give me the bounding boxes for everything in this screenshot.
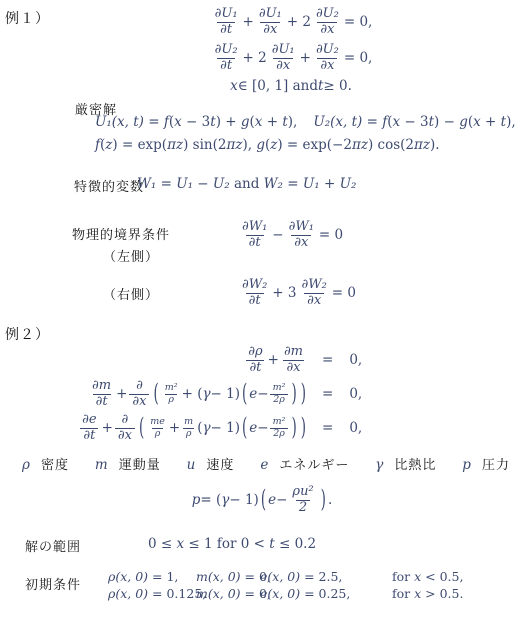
equals-sign: = (322, 420, 333, 436)
math-operator: > 0.5. (421, 586, 463, 601)
math-variable: p (192, 492, 201, 508)
math-variable: γ (202, 420, 210, 436)
big-paren: ) (301, 380, 306, 409)
fraction: ∂W₂∂x (299, 278, 330, 308)
fraction: m²2ρ (270, 417, 289, 439)
numerator: ∂U₁ (256, 7, 285, 22)
big-paren: ) (301, 414, 306, 443)
fraction: ∂U₂∂x (313, 43, 342, 73)
numerator: ∂W₂ (299, 278, 330, 293)
example2-label: 例２） (5, 324, 50, 344)
fraction: ∂U₂∂t (212, 43, 241, 73)
legend-symbol: ρ (22, 457, 30, 473)
math-operator: ), (506, 114, 516, 130)
denominator: ∂t (93, 394, 111, 410)
math-variable: x (176, 536, 184, 552)
math-operator: − 1) (229, 492, 258, 508)
math-variable: U₁(x, t) (95, 114, 144, 130)
math-operator: . (328, 492, 332, 508)
math-operator: ≤ 0.2 (275, 536, 316, 552)
math-operator: − 3 (182, 114, 210, 130)
math-operator: ), (288, 114, 298, 130)
numerator: ∂U₂ (313, 43, 342, 58)
fraction: ∂W₁∂x (286, 220, 317, 250)
big-paren: ( (261, 486, 266, 515)
math-operator: ), (242, 137, 256, 153)
big-paren: ( (153, 380, 158, 409)
math-operator: ∈ [0, 1] and (238, 78, 318, 94)
math-operator: − (257, 420, 268, 436)
fraction: ∂e∂t (79, 413, 99, 443)
legend-name: 運動量 (119, 454, 161, 473)
denominator: ∂t (80, 428, 98, 444)
math-operator: = (144, 114, 164, 130)
document-page: 例１） ∂U₁∂t + ∂U₁∂x + 2∂U₂∂x = 0, ∂U₂∂t + … (0, 0, 524, 619)
math-variable: e (268, 492, 276, 508)
legend-symbol: γ (375, 457, 383, 473)
numerator: ∂ (119, 413, 132, 428)
legend-name: 速度 (206, 454, 234, 473)
math-operator: ≥ 0. (323, 78, 351, 94)
ic-rho-cell: ρ(x, 0) = 0.125, (108, 586, 196, 601)
legend-symbol: p (462, 457, 471, 473)
math-operator: ≤ 1 for 0 < (184, 536, 269, 552)
denominator: ∂t (246, 360, 264, 376)
denominator: 2ρ (270, 428, 288, 439)
denominator: ∂x (317, 58, 337, 74)
math-operator: + (320, 176, 340, 192)
left-boundary-equation: ∂W₁∂t − ∂W₁∂x = 0 (237, 218, 343, 252)
denominator: ρ (183, 428, 195, 439)
math-variable: g (459, 114, 468, 130)
math-operator: ) cos(2 (368, 137, 414, 153)
equation-rhs: 0, (349, 420, 362, 436)
fraction: ∂W₂∂t (239, 278, 270, 308)
fraction: ∂U₁∂t (212, 7, 241, 37)
math-operator: = 2.5, (300, 569, 342, 584)
big-paren: ) (321, 486, 326, 515)
equation-lhs: ∂e∂t + ∂∂x(meρ + mρ(γ − 1)(e − m²2ρ)) (62, 413, 308, 443)
equation-lhs: ∂ρ∂t + ∂m∂x (62, 345, 308, 375)
fraction: ∂∂x (129, 379, 149, 409)
fraction: m²ρ (162, 383, 181, 405)
math-operator: ) sin(2 (183, 137, 226, 153)
math-variable: x (230, 78, 238, 94)
math-variable: U₂ (213, 176, 230, 192)
math-operator: − 3 (400, 114, 428, 130)
numerator: ρu² (289, 485, 316, 500)
math-operator: + 2 (287, 14, 311, 30)
legend-symbol: u (187, 457, 196, 473)
math-variable: ρ(x, 0) (108, 569, 148, 584)
math-operator: + (268, 352, 279, 368)
numerator: ∂ρ (245, 345, 265, 360)
legend-name: 圧力 (482, 454, 510, 473)
denominator: 2 (296, 500, 310, 516)
math-operator: ). (430, 137, 440, 153)
numerator: ∂e (79, 413, 99, 428)
math-variable: e(x, 0) (260, 586, 300, 601)
equals-sign: = (322, 352, 333, 368)
math-operator: = ( (200, 492, 221, 508)
pressure-equation: p = (γ − 1)(e − ρu²2). (112, 483, 412, 517)
solution-range-equation: 0 ≤ x ≤ 1 for 0 < t ≤ 0.2 (148, 536, 316, 552)
math-operator: + (116, 386, 127, 402)
math-operator: + ( (182, 386, 203, 402)
big-paren: ( (242, 380, 247, 409)
math-variable: πz (167, 137, 183, 153)
numerator: ∂U₁ (269, 43, 298, 58)
ic-cond-cell: for x < 0.5, (364, 569, 463, 584)
math-variable: W₂ (264, 176, 283, 192)
equation-rhs: 0, (349, 352, 362, 368)
denominator: ∂x (260, 22, 280, 38)
math-operator: < 0.5, (421, 569, 463, 584)
numerator: ∂U₂ (313, 7, 342, 22)
math-variable: e(x, 0) (260, 569, 300, 584)
solution-range-label: 解の範囲 (25, 536, 81, 555)
math-operator: + (481, 114, 501, 130)
fraction: m²2ρ (270, 383, 289, 405)
math-variable: e (249, 386, 257, 402)
fraction: ∂U₁∂x (256, 7, 285, 37)
denominator: ∂x (129, 394, 149, 410)
big-paren: ( (139, 414, 144, 443)
denominator: ∂x (317, 22, 337, 38)
equation-rhs: 0, (349, 386, 362, 402)
math-variable: e (249, 420, 257, 436)
example1-label: 例１） (5, 8, 50, 28)
initial-conditions-table: ρ(x, 0) = 1, m(x, 0) = 0, e(x, 0) = 2.5,… (108, 569, 463, 601)
characteristic-variables-label: 特徴的変数 (74, 176, 144, 195)
equals-sign: = (322, 386, 333, 402)
math-operator: − (276, 492, 287, 508)
math-operator: = 0, (344, 14, 372, 30)
numerator: ∂U₂ (212, 43, 241, 58)
math-operator: ) + (216, 114, 241, 130)
math-operator: = (362, 114, 382, 130)
legend-item: γ 比熱比 (375, 454, 436, 473)
ic-m-cell: m(x, 0) = 0, (196, 569, 260, 584)
math-operator: + (262, 114, 282, 130)
math-operator: ) − (434, 114, 459, 130)
math-operator: + (300, 50, 311, 66)
math-operator: − 1) (211, 420, 240, 436)
equation-lhs: ∂m∂t + ∂∂x(m²ρ + (γ − 1)(e − m²2ρ)) (62, 379, 308, 409)
math-variable: πz (414, 137, 430, 153)
numerator: m² (270, 417, 289, 427)
ic-cond-cell: for x > 0.5. (364, 586, 463, 601)
ic-m-cell: m(x, 0) = 0, (196, 586, 260, 601)
denominator: ρ (152, 428, 164, 439)
legend-symbol: m (95, 457, 108, 473)
math-variable: U₁ (303, 176, 320, 192)
math-operator: − (272, 227, 283, 243)
legend-name: 比熱比 (394, 454, 436, 473)
ic-e-cell: e(x, 0) = 0.25, (260, 586, 364, 601)
math-operator: − 1) (211, 386, 240, 402)
math-variable: U₁ (176, 176, 193, 192)
exact-solution-line1: U₁(x, t) = f(x − 3t) + g(x + t),U₂(x, t)… (95, 114, 516, 130)
math-variable: U₂ (340, 176, 357, 192)
denominator: ∂x (115, 428, 135, 444)
fraction: meρ (147, 417, 168, 439)
math-operator: = 0.25, (300, 586, 350, 601)
numerator: ∂m (281, 345, 306, 360)
math-operator: = 0 (332, 285, 356, 301)
right-boundary-equation: ∂W₂∂t + 3∂W₂∂x = 0 (237, 276, 356, 310)
variable-legend: ρ 密度 m 運動量 u 速度 e エネルギー γ 比熱比 p 圧力 (22, 454, 510, 473)
legend-symbol: e (260, 457, 268, 473)
math-operator: − (193, 176, 213, 192)
denominator: ∂x (273, 58, 293, 74)
denominator: ∂x (291, 235, 311, 251)
right-side-label: （右側） (103, 284, 159, 303)
fraction: ∂U₂∂x (313, 7, 342, 37)
math-variable: x (174, 114, 182, 130)
math-operator: = (283, 176, 303, 192)
numerator: ∂ (133, 379, 146, 394)
fraction: ∂W₁∂t (239, 220, 270, 250)
numerator: ∂m (89, 379, 114, 394)
example2-equation-row: ∂m∂t + ∂∂x(m²ρ + (γ − 1)(e − m²2ρ)) = 0, (62, 376, 362, 412)
math-operator: = 0, (344, 50, 372, 66)
math-variable: x (473, 114, 481, 130)
math-operator: = 0 (319, 227, 343, 243)
math-operator: + (102, 420, 113, 436)
math-operator: and (230, 176, 264, 192)
fraction: ∂m∂x (281, 345, 306, 375)
denominator: ∂t (246, 293, 264, 309)
denominator: ∂t (246, 235, 264, 251)
example1-domain: x ∈ [0, 1] and t ≥ 0. (149, 76, 433, 96)
ic-e-cell: e(x, 0) = 2.5, (260, 569, 364, 584)
legend-name: エネルギー (279, 454, 349, 473)
numerator: m² (162, 383, 181, 393)
legend-name: 密度 (41, 454, 69, 473)
math-operator: for (392, 586, 414, 601)
numerator: ∂U₁ (212, 7, 241, 22)
math-variable: U₂(x, t) (313, 114, 362, 130)
legend-item: m 運動量 (95, 454, 161, 473)
left-side-label: （左側） (103, 246, 159, 265)
ic-rho-cell: ρ(x, 0) = 1, (108, 569, 196, 584)
math-variable: m(x, 0) (196, 569, 241, 584)
initial-conditions-label: 初期条件 (25, 574, 81, 593)
math-variable: x (392, 114, 400, 130)
numerator: m (181, 417, 196, 427)
fraction: ∂∂x (115, 413, 135, 443)
legend-item: u 速度 (187, 454, 235, 473)
example2-equation-row: ∂ρ∂t + ∂m∂x = 0, (62, 342, 362, 378)
legend-item: ρ 密度 (22, 454, 69, 473)
denominator: ∂x (304, 293, 324, 309)
legend-item: e エネルギー (260, 454, 349, 473)
fraction: ∂m∂t (89, 379, 114, 409)
numerator: me (147, 417, 168, 427)
math-variable: W₁ (137, 176, 156, 192)
math-variable: πz (352, 137, 368, 153)
example1-equation-1: ∂U₁∂t + ∂U₁∂x + 2∂U₂∂x = 0, (149, 5, 433, 39)
numerator: m² (270, 383, 289, 393)
boundary-condition-label: 物理的境界条件 (72, 224, 170, 243)
math-operator: + (169, 420, 180, 436)
big-paren: ) (291, 380, 296, 409)
math-operator: + (243, 14, 254, 30)
math-variable: γ (202, 386, 210, 402)
fraction: ρu²2 (289, 485, 316, 515)
math-operator: − (257, 386, 268, 402)
math-operator: 0 ≤ (148, 536, 176, 552)
exact-solution-line2: f(z) = exp(πz) sin(2πz), g(z) = exp(−2πz… (95, 137, 440, 153)
legend-item: p 圧力 (462, 454, 510, 473)
fraction: ∂U₁∂x (269, 43, 298, 73)
math-variable: g (256, 137, 265, 153)
denominator: ∂t (217, 22, 235, 38)
denominator: ρ (165, 394, 177, 405)
math-operator: + 3 (272, 285, 296, 301)
math-operator: + 2 (243, 50, 267, 66)
math-operator: = (156, 176, 176, 192)
numerator: ∂W₁ (239, 220, 270, 235)
numerator: ∂W₂ (239, 278, 270, 293)
characteristic-variables-equation: W₁ = U₁ − U₂ and W₂ = U₁ + U₂ (137, 176, 356, 192)
numerator: ∂W₁ (286, 220, 317, 235)
denominator: ∂x (283, 360, 303, 376)
math-variable: πz (226, 137, 242, 153)
math-variable: m(x, 0) (196, 586, 241, 601)
big-paren: ) (291, 414, 296, 443)
math-operator: ) = exp( (112, 137, 167, 153)
math-variable: ρ(x, 0) (108, 586, 148, 601)
fraction: mρ (181, 417, 196, 439)
example2-equation-row: ∂e∂t + ∂∂x(meρ + mρ(γ − 1)(e − m²2ρ)) = … (62, 410, 362, 446)
math-operator: = 1, (148, 569, 178, 584)
fraction: ∂ρ∂t (245, 345, 265, 375)
math-variable: g (241, 114, 250, 130)
example1-equation-2: ∂U₂∂t + 2∂U₁∂x + ∂U₂∂x = 0, (149, 41, 433, 75)
math-operator: ) = exp(−2 (277, 137, 352, 153)
denominator: ∂t (217, 58, 235, 74)
denominator: 2ρ (270, 394, 288, 405)
math-operator: for (392, 569, 414, 584)
math-variable: γ (221, 492, 229, 508)
big-paren: ( (242, 414, 247, 443)
